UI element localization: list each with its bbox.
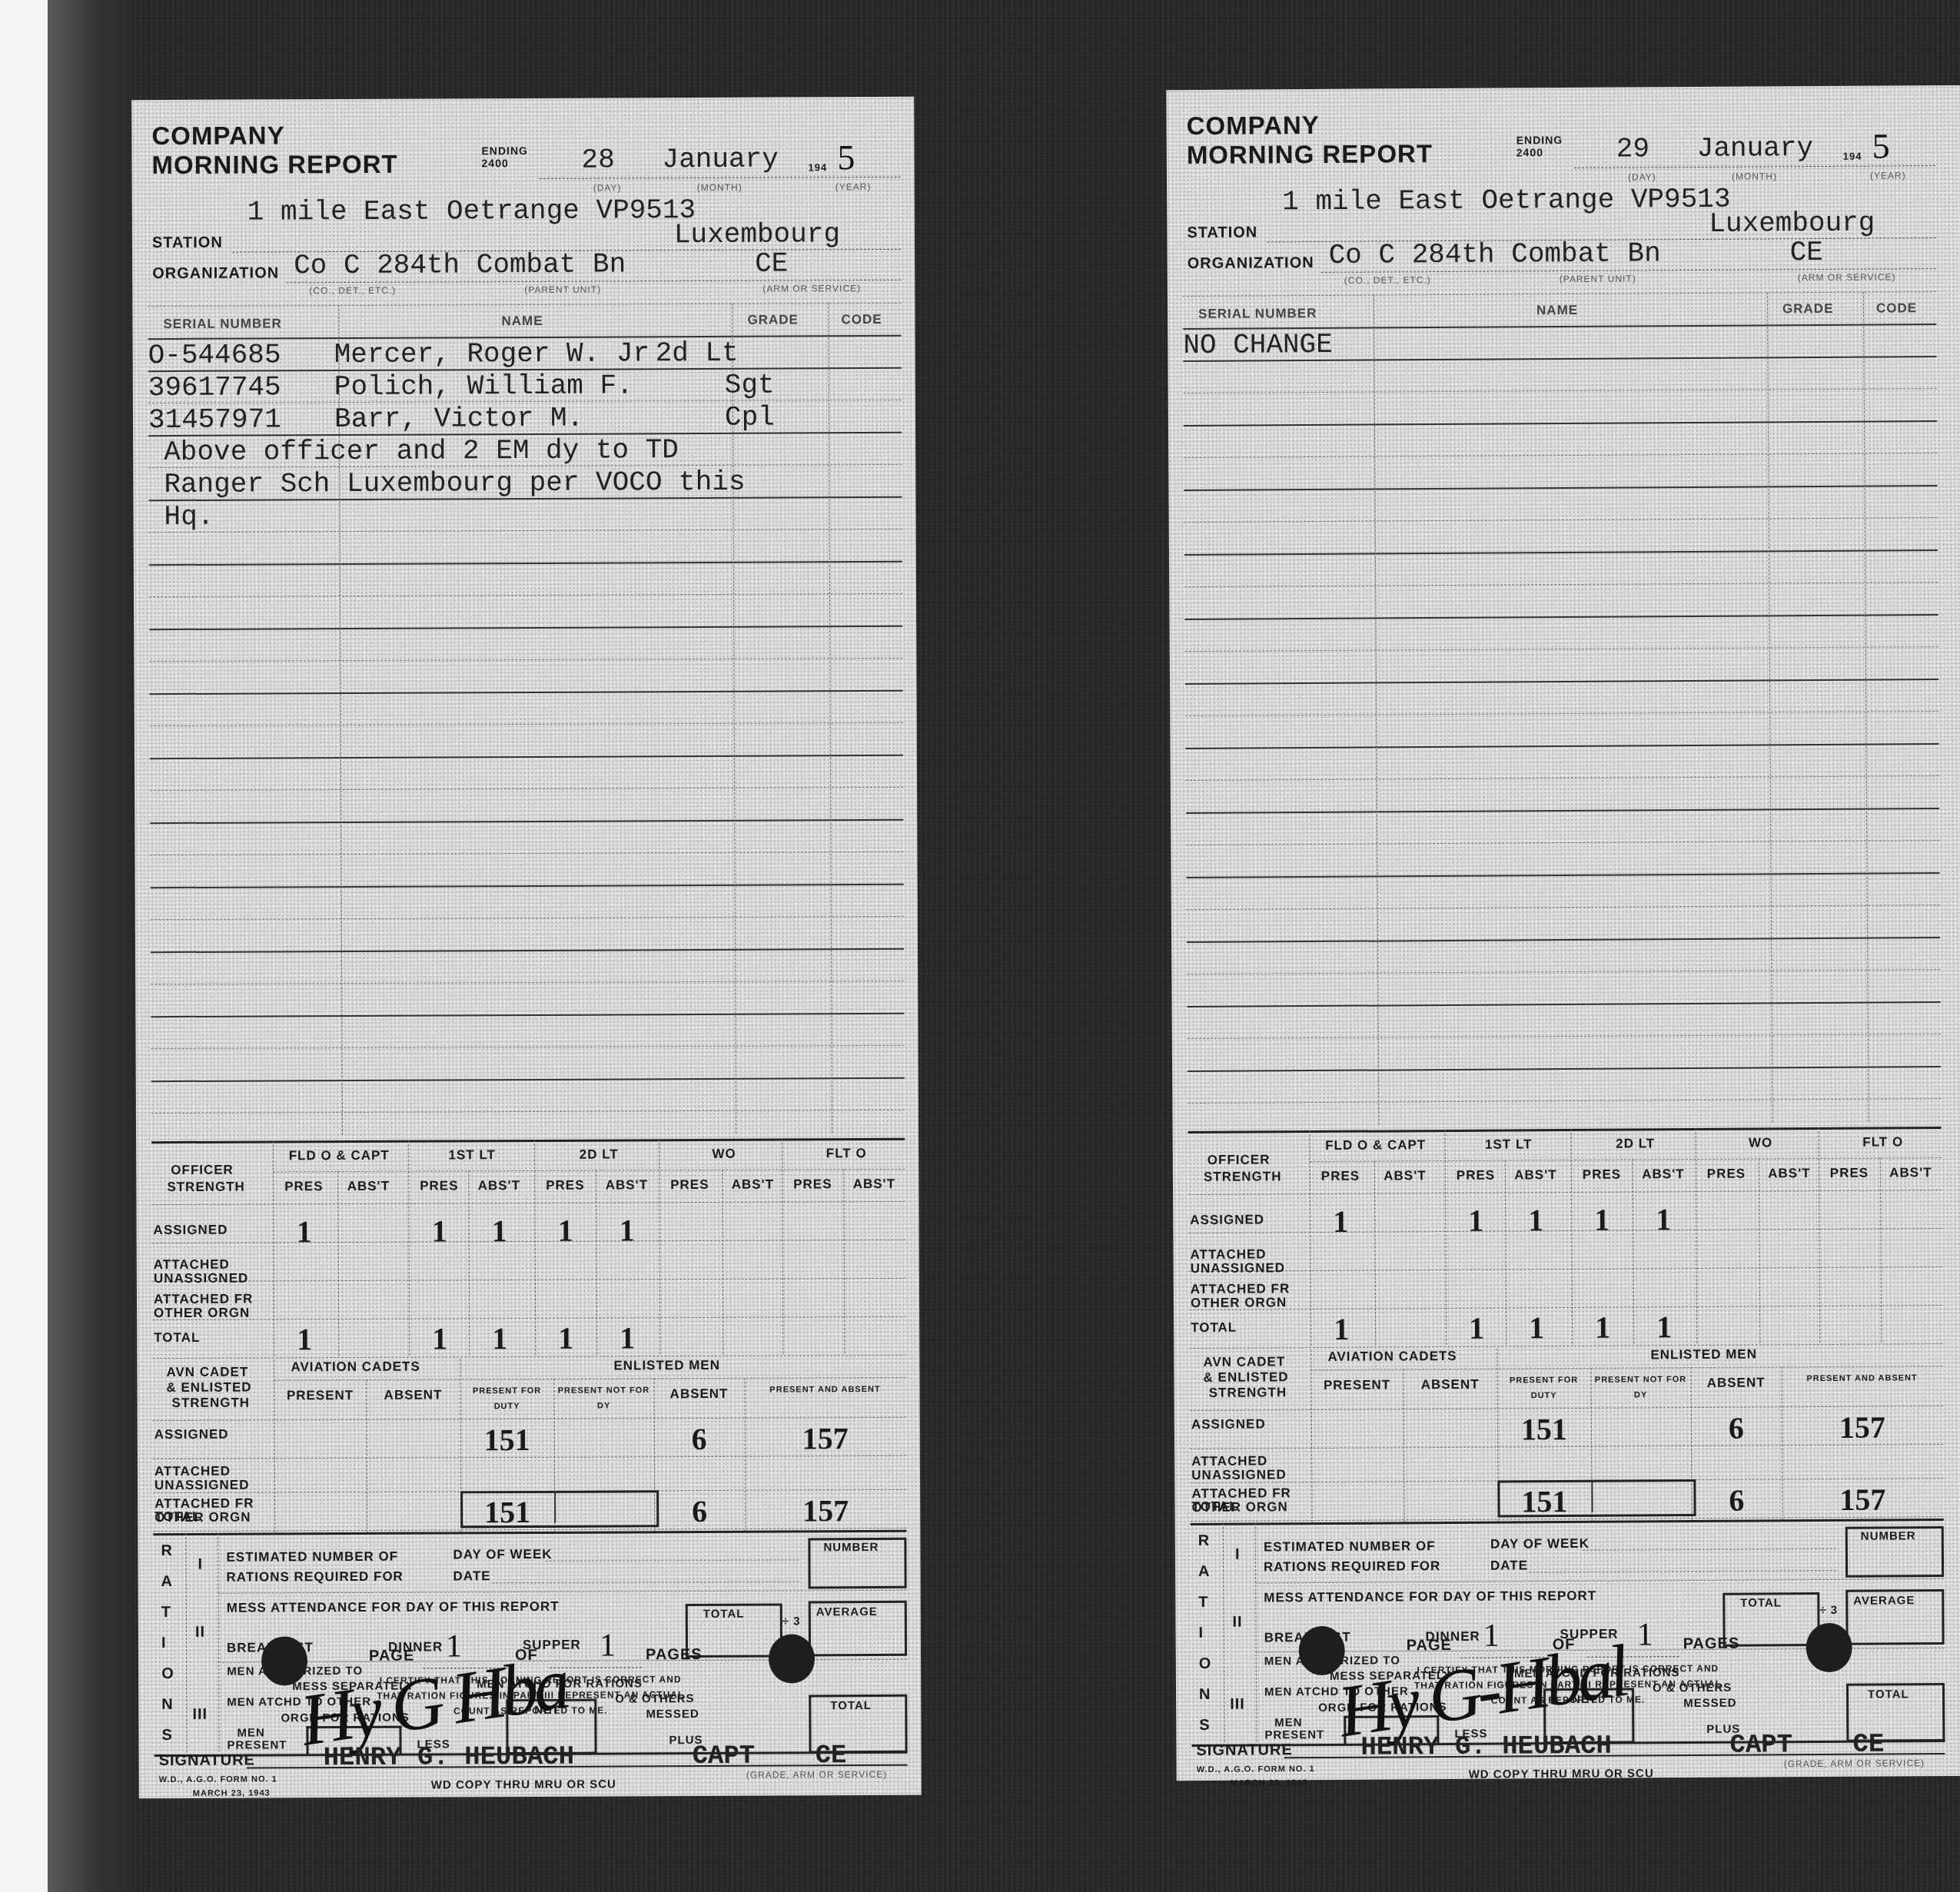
punch-hole-right — [769, 1634, 815, 1683]
rations-section-divider — [218, 1533, 219, 1752]
enlisted-col-divider — [274, 1359, 275, 1532]
year-prefix: 194 — [809, 161, 828, 173]
header-top-rule — [1183, 291, 1936, 297]
officer-sub-header: PRES — [1819, 1166, 1880, 1181]
form-number: W.D., A.G.O. FORM NO. 1 — [159, 1774, 277, 1784]
officer-title-2: STRENGTH — [167, 1180, 245, 1195]
officer-sub-header: ABS'T — [1759, 1166, 1820, 1181]
station-line-1: 1 mile East Oetrange VP9513 — [1282, 184, 1731, 218]
officer-row-label: ASSIGNED — [1190, 1213, 1305, 1227]
ruled-line — [151, 948, 904, 953]
enlisted-title-1: AVN CADET — [1203, 1354, 1285, 1370]
entry-serial: O-544685 — [148, 339, 281, 371]
mess-total-label: TOTAL — [1740, 1596, 1782, 1609]
ruled-line — [151, 981, 904, 984]
col-code: CODE — [841, 312, 882, 327]
enlisted-row-label: ATTACHED UNASSIGNED — [154, 1464, 270, 1492]
men-present-label-1: MEN — [237, 1726, 264, 1739]
men-present-label-2: PRESENT — [1264, 1728, 1324, 1741]
report-year-digit: 5 — [837, 137, 855, 178]
officer-row-label: ASSIGNED — [154, 1223, 269, 1237]
officer-cell-value: 1 — [469, 1320, 530, 1356]
officer-sub-header: ABS'T — [1633, 1167, 1694, 1182]
page-label: PAGE — [1407, 1637, 1452, 1655]
enlisted-cell-value: 151 — [460, 1422, 554, 1459]
officer-row-label: ATTACHED UNASSIGNED — [1190, 1247, 1305, 1276]
officer-cell-value: 1 — [409, 1213, 470, 1249]
officer-cell-value: 1 — [274, 1321, 335, 1357]
officer-sub-header: ABS'T — [1505, 1167, 1566, 1183]
rations-sec-1: I — [198, 1556, 203, 1574]
signer-arm: CE — [816, 1741, 847, 1771]
signature-label: SIGNATURE — [1196, 1741, 1292, 1760]
officer-col-divider — [659, 1139, 660, 1354]
officer-top-rule — [151, 1138, 905, 1143]
entry-name: Polich, William F. — [334, 370, 633, 403]
enlisted-cell-value: 6 — [1691, 1409, 1782, 1446]
enlisted-col-header: PRESENT AND ABSENT — [744, 1382, 905, 1398]
rations-letter-divider — [1223, 1523, 1225, 1742]
page-total: 1 — [1636, 1616, 1653, 1653]
entry-name: Barr, Victor M. — [334, 403, 583, 435]
col-serial-number: SERIAL NUMBER — [163, 316, 281, 332]
officer-sub-header: PRES — [1571, 1167, 1633, 1183]
station-line-2: Luxembourg — [1709, 207, 1875, 240]
officer-group-header: FLT O — [785, 1146, 908, 1162]
form-date: MARCH 23, 1943 — [1231, 1778, 1308, 1788]
org-caption-unit: (CO., DET., ETC.) — [1344, 274, 1431, 286]
aviation-cadets-header: AVIATION CADETS — [291, 1359, 420, 1376]
enlisted-col-header: PRESENT NOT FOR DY — [1590, 1372, 1690, 1403]
rank-caption: (GRADE, ARM OR SERVICE) — [1784, 1758, 1925, 1769]
date-label: DATE — [453, 1568, 491, 1584]
org-caption-arm: (ARM OR SERVICE) — [762, 283, 861, 294]
ruled-line — [150, 851, 903, 855]
mess-total-label: TOTAL — [703, 1608, 745, 1621]
day-of-week-field[interactable] — [1583, 1548, 1836, 1551]
ruled-line — [149, 658, 902, 662]
ruled-line — [1187, 969, 1940, 974]
rations-required-label: RATIONS REQUIRED FOR — [1264, 1558, 1440, 1575]
station-label: STATION — [1187, 224, 1257, 242]
officer-cell-value: 1 — [1572, 1309, 1633, 1346]
officer-col-divider — [337, 1171, 339, 1356]
officer-col-divider — [843, 1169, 845, 1353]
remark-line: Ranger Sch Luxembourg per VOCO this — [164, 466, 745, 500]
men-present-label-2: PRESENT — [227, 1738, 287, 1751]
col-grade: GRADE — [747, 312, 798, 327]
rations-vertical-letter: S — [161, 1727, 172, 1744]
signer-arm: CE — [1852, 1731, 1884, 1760]
org-caption-arm: (ARM OR SERVICE) — [1798, 271, 1896, 283]
form-number: W.D., A.G.O. FORM NO. 1 — [1197, 1764, 1315, 1774]
enlisted-cell-value: 6 — [1691, 1482, 1782, 1519]
enlisted-row-label: ATTACHED UNASSIGNED — [1191, 1454, 1307, 1482]
ruled-line — [151, 1013, 904, 1017]
number-label: NUMBER — [1861, 1529, 1916, 1542]
enlisted-title-3: STRENGTH — [172, 1396, 251, 1411]
day-of-week-field[interactable] — [545, 1559, 799, 1561]
remark-line: NO CHANGE — [1183, 329, 1333, 361]
officer-title-2: STRENGTH — [1204, 1169, 1282, 1185]
officer-cell-value: 1 — [596, 1212, 658, 1248]
officer-sub-header: PRES — [1445, 1168, 1507, 1183]
rations-sec-3: III — [192, 1706, 208, 1724]
ruled-line — [1184, 549, 1938, 556]
officer-sub-header: PRES — [273, 1179, 334, 1194]
grade-code-divider — [828, 303, 832, 1133]
enlisted-col-header: ABSENT — [1691, 1376, 1782, 1390]
rations-letter-divider — [185, 1533, 187, 1752]
officer-row-label: TOTAL — [1191, 1320, 1306, 1335]
officer-cell-value: 1 — [1311, 1311, 1372, 1347]
report-year-digit: 5 — [1872, 125, 1890, 166]
ruled-line — [149, 561, 902, 566]
officer-sub-header: PRES — [782, 1177, 843, 1192]
officer-group-header: 2D LT — [537, 1147, 660, 1163]
officer-sub-header: PRES — [1310, 1169, 1371, 1184]
signer-rank: CAPT — [1729, 1731, 1792, 1760]
signer-rank: CAPT — [693, 1742, 756, 1771]
ruled-line — [1187, 872, 1940, 878]
form-title-morning-report: MORNING REPORT — [1187, 139, 1433, 170]
officer-cell-value: 1 — [409, 1320, 470, 1356]
ruled-line — [151, 1077, 905, 1082]
ruled-line — [150, 755, 903, 759]
officer-col-divider — [1880, 1158, 1882, 1343]
form-title-company: COMPANY — [151, 121, 284, 151]
org-caption-parent: (PARENT UNIT) — [1560, 273, 1636, 284]
year-caption: (YEAR) — [1870, 170, 1906, 181]
average-label: AVERAGE — [816, 1605, 878, 1618]
mess-attendance-label: MESS ATTENDANCE FOR DAY OF THIS REPORT — [1264, 1588, 1596, 1606]
officer-cell-value: 1 — [596, 1319, 658, 1356]
enlisted-title-3: STRENGTH — [1209, 1385, 1287, 1401]
rations-vertical-letter: I — [161, 1635, 167, 1652]
officer-col-divider — [1374, 1161, 1376, 1346]
officer-sub-header: PRES — [1696, 1167, 1757, 1182]
scan-margin — [0, 0, 48, 1892]
month-caption: (MONTH) — [697, 182, 742, 193]
total-box-divider — [1591, 1480, 1593, 1512]
ruled-line — [1187, 905, 1940, 910]
signer-name: HENRY G. HEUBACH — [1360, 1732, 1612, 1763]
enlisted-title-2: & ENLISTED — [1203, 1369, 1288, 1386]
report-day: 28 — [581, 144, 614, 175]
ruled-line — [149, 626, 902, 630]
officer-group-header: 2D LT — [1574, 1136, 1697, 1152]
officer-group-header: FLD O & CAPT — [276, 1148, 402, 1164]
officer-sub-header: ABS'T — [843, 1177, 905, 1192]
ruled-line — [151, 1110, 905, 1114]
number-label: NUMBER — [823, 1541, 879, 1554]
ruled-line — [150, 722, 903, 726]
ruled-line — [151, 1045, 905, 1049]
rations-vertical-letter: O — [161, 1665, 174, 1683]
ending-label: ENDING2400 — [1517, 134, 1563, 158]
rations-required-label: RATIONS REQUIRED FOR — [227, 1569, 404, 1585]
entry-grade: 2d Lt — [656, 337, 739, 369]
ration-total-label: TOTAL — [1868, 1688, 1909, 1701]
ruled-line — [1184, 388, 1937, 393]
station-line-2: Luxembourg — [674, 218, 840, 251]
organization-value: Co C 284th Combat Bn — [294, 248, 626, 281]
morning-report-jan-29: COMPANY MORNING REPORT ENDING2400 29 Jan… — [1166, 85, 1960, 1781]
copy-note: WD COPY THRU MRU OR SCU — [431, 1778, 616, 1792]
col-grade: GRADE — [1782, 301, 1834, 317]
officer-col-divider — [722, 1170, 723, 1354]
officer-cell-value: 1 — [1571, 1202, 1633, 1238]
org-caption-parent: (PARENT UNIT) — [524, 284, 601, 295]
month-caption: (MONTH) — [1732, 171, 1777, 181]
ruled-line — [1184, 453, 1937, 458]
officer-row-label: ATTACHED FR OTHER ORGN — [154, 1292, 269, 1320]
total-present-box — [460, 1490, 659, 1528]
enlisted-col-header: PRESENT AND ABSENT — [1781, 1370, 1942, 1386]
date-field[interactable] — [1529, 1570, 1836, 1572]
officer-cell-value: 1 — [1506, 1309, 1567, 1346]
officer-group-header: 1ST LT — [411, 1147, 533, 1163]
rations-sec1-rule — [1255, 1578, 1944, 1583]
aviation-cadets-header: AVIATION CADETS — [1327, 1349, 1457, 1365]
rations-vertical-letter: R — [1198, 1532, 1211, 1550]
officer-cell-value: 1 — [1446, 1310, 1507, 1346]
enlisted-col-header: ABSENT — [653, 1387, 744, 1402]
organization-arm: CE — [1789, 237, 1822, 268]
enlisted-col-header: ABSENT — [1404, 1378, 1497, 1392]
officer-group-header: FLT O — [1822, 1134, 1945, 1150]
officer-title-1: OFFICER — [1208, 1152, 1271, 1167]
rations-vertical-letter: T — [1198, 1594, 1208, 1612]
enlisted-cell-value: 6 — [654, 1421, 745, 1458]
officer-title-1: OFFICER — [171, 1163, 234, 1178]
officer-sub-rule — [1310, 1157, 1942, 1162]
ruled-line — [1184, 517, 1938, 523]
pages-rule — [550, 1667, 642, 1668]
entry-serial: 31457971 — [148, 403, 281, 436]
date-label: DATE — [1490, 1558, 1528, 1573]
serial-name-divider — [1374, 295, 1380, 1125]
officer-sub-header: ABS'T — [1374, 1168, 1436, 1183]
entry-name: Mercer, Roger W. Jr — [334, 337, 650, 370]
date-field[interactable] — [492, 1581, 799, 1583]
entry-grade: Sgt — [725, 370, 775, 401]
ruled-line — [151, 884, 904, 888]
rations-vertical-letter: N — [1199, 1686, 1211, 1704]
enlisted-men-header: ENLISTED MEN — [1650, 1347, 1757, 1363]
enlisted-cell-value: 157 — [1782, 1481, 1943, 1518]
officer-col-divider — [782, 1139, 783, 1354]
form-date: MARCH 23, 1943 — [193, 1788, 271, 1797]
officer-cell-value: 1 — [1310, 1203, 1371, 1240]
average-label: AVERAGE — [1853, 1594, 1915, 1607]
enlisted-sub-rule — [274, 1377, 905, 1381]
rations-vertical-letter: S — [1199, 1717, 1210, 1734]
estimated-number-label: ESTIMATED NUMBER OF — [226, 1549, 398, 1565]
ruled-line — [150, 690, 903, 695]
year-caption: (YEAR) — [835, 181, 872, 192]
organization-arm: CE — [755, 248, 788, 280]
enlisted-title-1: AVN CADET — [166, 1365, 248, 1380]
enlisted-col-divider — [1311, 1349, 1312, 1522]
officer-group-header: WO — [1699, 1135, 1823, 1151]
ruled-line — [1186, 775, 1939, 781]
enlisted-col-header: PRESENT FOR DUTY — [460, 1383, 553, 1415]
organization-value: Co C 284th Combat Bn — [1328, 237, 1660, 271]
rations-vertical-letter: R — [161, 1542, 173, 1560]
ruled-line — [1188, 1034, 1941, 1039]
officer-cell-value: 1 — [535, 1320, 596, 1356]
ruled-line — [150, 787, 903, 791]
enlisted-cell-value: 157 — [745, 1420, 906, 1457]
ruled-line — [150, 819, 903, 824]
enlisted-cell-value: 157 — [1782, 1409, 1943, 1446]
rations-sec-2: II — [1232, 1614, 1242, 1631]
ruled-line — [151, 916, 904, 920]
col-name: NAME — [501, 314, 543, 329]
ruled-line — [1185, 646, 1938, 652]
officer-row-label: ATTACHED UNASSIGNED — [154, 1257, 269, 1286]
form-title-morning-report: MORNING REPORT — [151, 150, 397, 180]
enlisted-row-label: TOTAL — [154, 1509, 270, 1524]
rations-section-divider — [1255, 1523, 1257, 1742]
report-month: January — [662, 144, 778, 176]
ruled-line — [1184, 420, 1937, 427]
station-line-1: 1 mile East Oetrange VP9513 — [247, 194, 696, 228]
col-code: CODE — [1876, 300, 1917, 316]
mess-attendance-label: MESS ATTENDANCE FOR DAY OF THIS REPORT — [227, 1599, 560, 1616]
estimated-number-label: ESTIMATED NUMBER OF — [1264, 1538, 1436, 1555]
officer-sub-header: ABS'T — [722, 1177, 783, 1193]
enlisted-cell-value: 6 — [654, 1493, 745, 1530]
signature-label: SIGNATURE — [159, 1752, 255, 1771]
ruled-line — [1185, 679, 1938, 685]
ruled-line — [1186, 743, 1939, 749]
enlisted-row-label: ASSIGNED — [154, 1427, 270, 1442]
officer-cell-value: 1 — [1633, 1309, 1695, 1345]
officer-sub-header: ABS'T — [337, 1179, 399, 1194]
officer-cell-value: 1 — [535, 1213, 596, 1249]
officer-sub-rule — [273, 1169, 905, 1173]
ration-total-label: TOTAL — [830, 1699, 872, 1712]
officer-top-rule — [1188, 1127, 1942, 1134]
total-box-divider — [554, 1491, 556, 1523]
officer-sub-header: ABS'T — [468, 1178, 530, 1193]
ruled-line — [1184, 582, 1938, 587]
pages-label: PAGES — [1683, 1635, 1740, 1653]
enlisted-col-header: ABSENT — [367, 1388, 460, 1402]
name-grade-divider — [1767, 292, 1773, 1122]
report-day: 29 — [1616, 133, 1649, 164]
ruled-line — [1188, 1001, 1941, 1007]
year-prefix: 194 — [1843, 151, 1862, 162]
officer-cell-value: 1 — [274, 1213, 335, 1250]
enlisted-col-header: PRESENT FOR DUTY — [1497, 1373, 1590, 1404]
rations-vertical-letter: A — [1198, 1563, 1211, 1581]
page-total: 1 — [600, 1628, 616, 1665]
officer-group-header: FLD O & CAPT — [1313, 1137, 1439, 1153]
ruled-line — [149, 529, 902, 533]
rations-vertical-letter: I — [1198, 1625, 1204, 1642]
officer-sub-header: PRES — [408, 1178, 470, 1193]
day-of-week-label: DAY OF WEEK — [453, 1547, 552, 1563]
divide-by-three: ÷ 3 — [782, 1615, 801, 1628]
pages-label: PAGES — [646, 1646, 703, 1664]
organization-label: ORGANIZATION — [152, 264, 279, 283]
rations-sec-3: III — [1230, 1696, 1245, 1714]
entry-serial: 39617745 — [148, 371, 281, 403]
punch-hole-right — [1806, 1623, 1852, 1672]
officer-row-rule — [1188, 1190, 1942, 1195]
ruled-line — [1186, 808, 1939, 814]
remark-line: Hq. — [164, 501, 214, 533]
header-top-rule — [148, 303, 901, 307]
ruled-line — [149, 593, 902, 597]
officer-sub-header: ABS'T — [596, 1177, 657, 1193]
copy-note: WD COPY THRU MRU OR SCU — [1469, 1767, 1654, 1781]
officer-cell-value: 1 — [469, 1213, 530, 1249]
enlisted-col-header: PRESENT — [274, 1389, 367, 1403]
divide-by-three: ÷ 3 — [1819, 1604, 1838, 1617]
day-of-week-label: DAY OF WEEK — [1490, 1536, 1590, 1552]
rations-vertical-letter: A — [161, 1573, 174, 1591]
officer-row-label: TOTAL — [154, 1330, 269, 1345]
ending-label: ENDING2400 — [481, 144, 528, 169]
rations-sec1-rule — [218, 1590, 907, 1594]
officer-cell-value: 1 — [1445, 1203, 1507, 1239]
enlisted-sub-rule — [1311, 1366, 1942, 1370]
officer-col-divider — [1759, 1159, 1760, 1343]
day-caption: (DAY) — [1628, 171, 1656, 182]
day-caption: (DAY) — [593, 182, 622, 193]
entry-grade: Cpl — [725, 402, 775, 433]
ruled-line — [1188, 1066, 1941, 1072]
rations-sec-1: I — [1235, 1546, 1241, 1564]
col-serial-number: SERIAL NUMBER — [1198, 306, 1317, 322]
officer-row-label: ATTACHED FR OTHER ORGN — [1191, 1282, 1306, 1310]
officer-col-divider — [1819, 1127, 1821, 1343]
morning-report-jan-28: COMPANY MORNING REPORT ENDING2400 28 Jan… — [131, 97, 922, 1798]
officer-sub-header: PRES — [534, 1178, 596, 1193]
officer-group-header: WO — [662, 1147, 786, 1163]
org-caption-unit: (CO., DET., ETC.) — [309, 285, 396, 296]
ruled-line — [1185, 711, 1938, 716]
ruled-line — [1184, 614, 1938, 620]
officer-sub-header: ABS'T — [1880, 1165, 1942, 1180]
form-title-company: COMPANY — [1186, 111, 1319, 141]
enlisted-men-header: ENLISTED MEN — [613, 1358, 720, 1374]
officer-cell-value: 1 — [1505, 1202, 1566, 1238]
remark-line: Above officer and 2 EM dy to TD — [164, 434, 679, 468]
enlisted-row-label: ASSIGNED — [1191, 1417, 1307, 1432]
enlisted-cell-value: 157 — [745, 1492, 906, 1529]
col-name: NAME — [1536, 303, 1578, 318]
officer-group-header: 1ST LT — [1448, 1137, 1570, 1153]
rations-vertical-letter: N — [161, 1696, 174, 1714]
report-month: January — [1697, 132, 1813, 164]
ruled-line — [1188, 1098, 1941, 1104]
total-present-box — [1497, 1479, 1696, 1518]
signer-name: HENRY G. HEUBACH — [324, 1743, 575, 1773]
officer-col-divider — [1696, 1128, 1698, 1343]
enlisted-col-header: PRESENT NOT FOR DY — [553, 1382, 653, 1414]
ruled-line — [1187, 937, 1940, 943]
ruled-line — [1186, 840, 1939, 845]
station-label: STATION — [152, 234, 223, 252]
officer-row-rule — [151, 1201, 905, 1205]
officer-sub-header: PRES — [659, 1177, 720, 1193]
ruled-line — [1184, 485, 1937, 491]
